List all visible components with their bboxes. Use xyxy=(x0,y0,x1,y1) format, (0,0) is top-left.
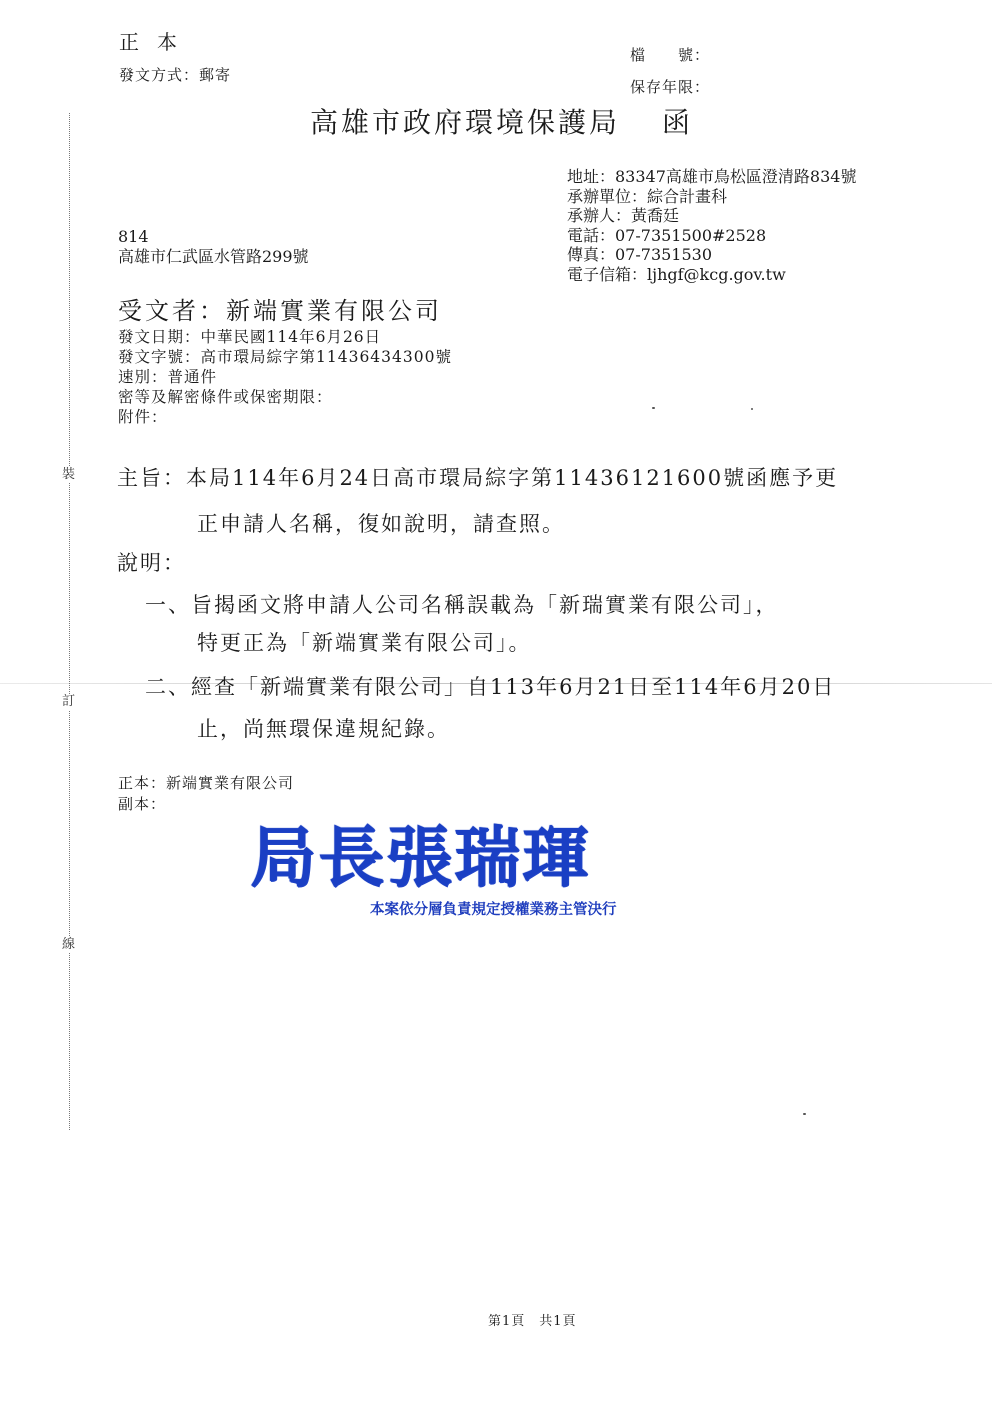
document-meta: 發文日期：中華民國114年6月26日 發文字號：高市環局綜字第114364343… xyxy=(118,327,452,427)
binding-mark-xian: 線 xyxy=(62,937,75,953)
scan-speck xyxy=(751,408,753,410)
file-number-field: 檔 號： xyxy=(630,46,710,65)
distribution-copy: 副本： xyxy=(118,795,166,814)
agency-name: 高雄市政府環境保護局 xyxy=(310,106,620,139)
stamp-title-name: 局長張瑞琿 xyxy=(250,818,590,898)
sender-contact-block: 地址：83347高雄市鳥松區澄清路834號 承辦單位：綜合計畫科 承辦人：黃喬廷… xyxy=(567,167,856,284)
handling-unit: 承辦單位：綜合計畫科 xyxy=(567,187,856,207)
stamp-delegation-note: 本案依分層負責規定授權業務主管決行 xyxy=(370,898,617,919)
recipient-name: 新端實業有限公司 xyxy=(226,297,442,325)
issue-date: 發文日期：中華民國114年6月26日 xyxy=(118,327,452,347)
explanation-label: 說明： xyxy=(117,547,186,577)
recipient-label: 受文者： xyxy=(118,297,226,325)
retention-period-field: 保存年限： xyxy=(630,78,710,97)
phone: 電話：07-7351500#2528 xyxy=(567,226,856,246)
copy-type: 正本 xyxy=(119,26,195,55)
subject-label: 主旨： xyxy=(117,466,186,490)
explanation-item-1-line-1: 一、旨揭函文將申請人公司名稱誤載為「新瑞實業有限公司」， xyxy=(145,589,779,619)
recipient: 受文者：新端實業有限公司 xyxy=(118,291,442,326)
email: 電子信箱：ljhgf@kcg.gov.tw xyxy=(567,265,856,285)
item-text: 旨揭函文將申請人公司名稱誤載為「新瑞實業有限公司」， xyxy=(191,593,779,617)
scan-speck xyxy=(803,1113,806,1115)
dispatch-method-value: 郵寄 xyxy=(199,66,231,84)
dispatch-method-label: 發文方式： xyxy=(119,66,199,84)
page-number: 第1頁 共1頁 xyxy=(488,1310,577,1329)
confidentiality: 密等及解密條件或保密期限： xyxy=(118,387,452,407)
binding-line xyxy=(69,113,70,1130)
subject-line-1: 主旨：本局114年6月24日高市環局綜字第11436121600號函應予更 xyxy=(117,462,838,492)
explanation-item-2-line-1: 二、經查「新端實業有限公司」自113年6月21日至114年6月20日 xyxy=(145,671,835,701)
explanation-item-1-line-2: 特更正為「新端實業有限公司」。 xyxy=(197,627,532,657)
document-type: 函 xyxy=(662,106,693,139)
scan-speck xyxy=(652,407,655,409)
recipient-postal-code: 814 xyxy=(118,227,149,247)
recipient-address: 高雄市仁武區水管路299號 xyxy=(118,247,309,267)
subject-line-2: 正申請人名稱，復如說明，請查照。 xyxy=(197,508,565,538)
director-signature-stamp: 局長張瑞琿 本案依分層負責規定授權業務主管決行 xyxy=(250,818,590,898)
sender-address: 地址：83347高雄市鳥松區澄清路834號 xyxy=(567,167,856,187)
item-marker: 二、 xyxy=(145,675,191,699)
binding-mark-zhuang: 裝 xyxy=(62,467,75,483)
item-text: 經查「新端實業有限公司」自113年6月21日至114年6月20日 xyxy=(191,675,835,699)
fax: 傳真：07-7351530 xyxy=(567,245,856,265)
handler-name: 承辦人：黃喬廷 xyxy=(567,206,856,226)
explanation-item-2-line-2: 止，尚無環保違規紀錄。 xyxy=(197,713,450,743)
dispatch-method: 發文方式：郵寄 xyxy=(119,66,231,85)
subject-text-1: 本局114年6月24日高市環局綜字第11436121600號函應予更 xyxy=(186,466,838,490)
binding-mark-ding: 訂 xyxy=(62,694,75,710)
document-title: 高雄市政府環境保護局函 xyxy=(310,101,693,141)
document-number: 發文字號：高市環局綜字第11436434300號 xyxy=(118,347,452,367)
attachments: 附件： xyxy=(118,407,452,427)
distribution-original: 正本：新端實業有限公司 xyxy=(118,774,294,793)
speed-class: 速別：普通件 xyxy=(118,367,452,387)
item-marker: 一、 xyxy=(145,593,191,617)
